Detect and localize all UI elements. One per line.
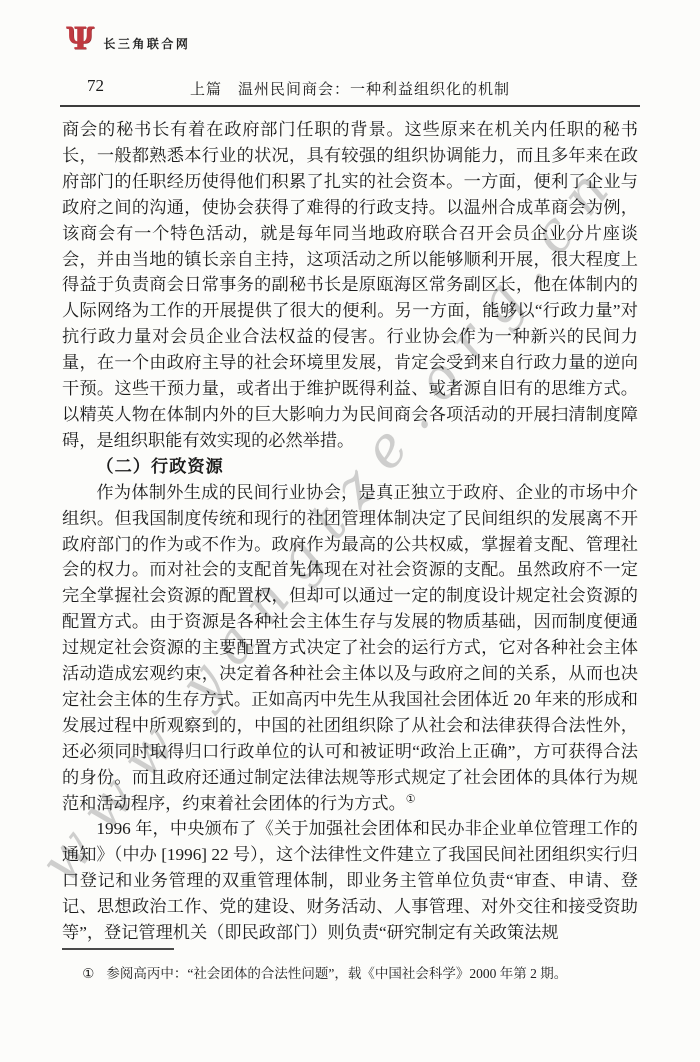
- footnote-text: 参阅高丙中：“社会团体的合法性问题”，载《中国社会科学》2000 年第 2 期。: [106, 966, 567, 981]
- site-logo: Ψ 长三角联合网: [66, 24, 190, 55]
- page-header: 72 上篇 温州民间商会：一种利益组织化的机制: [60, 74, 640, 107]
- footnote-ref-superscript: ①: [406, 793, 416, 805]
- paragraph-1996-notice: 1996 年，中央颁布了《关于加强社会团体和民办非企业单位管理工作的通知》（中办…: [62, 816, 638, 946]
- paragraph-admin-resources-text: 作为体制外生成的民间行业协会，是真正独立于政府、企业的市场中介组织。但我国制度传…: [62, 483, 638, 813]
- footnote-divider: [62, 948, 174, 950]
- section-heading: （二）行政资源: [62, 454, 638, 480]
- footnote-line: ①参阅高丙中：“社会团体的合法性问题”，载《中国社会科学》2000 年第 2 期…: [62, 964, 638, 984]
- paragraph-secretaries: 商会的秘书长有着在政府部门任职的背景。这些原来在机关内任职的秘书长，一般都熟悉本…: [62, 117, 638, 454]
- footnote-marker: ①: [82, 966, 94, 981]
- site-logo-name: 长三角联合网: [103, 27, 190, 52]
- paragraph-admin-resources: 作为体制外生成的民间行业协会，是真正独立于政府、企业的市场中介组织。但我国制度传…: [62, 480, 638, 817]
- running-title: 上篇 温州民间商会：一种利益组织化的机制: [60, 74, 640, 99]
- footnote-area: ①参阅高丙中：“社会团体的合法性问题”，载《中国社会科学》2000 年第 2 期…: [62, 948, 638, 984]
- body-text: 商会的秘书长有着在政府部门任职的背景。这些原来在机关内任职的秘书长，一般都熟悉本…: [62, 117, 638, 946]
- trident-logo-icon: Ψ: [66, 24, 94, 55]
- page-number: 72: [87, 76, 104, 96]
- book-page: www.yangtze.org.cn Ψ 长三角联合网 72 上篇 温州民间商会…: [0, 0, 700, 1062]
